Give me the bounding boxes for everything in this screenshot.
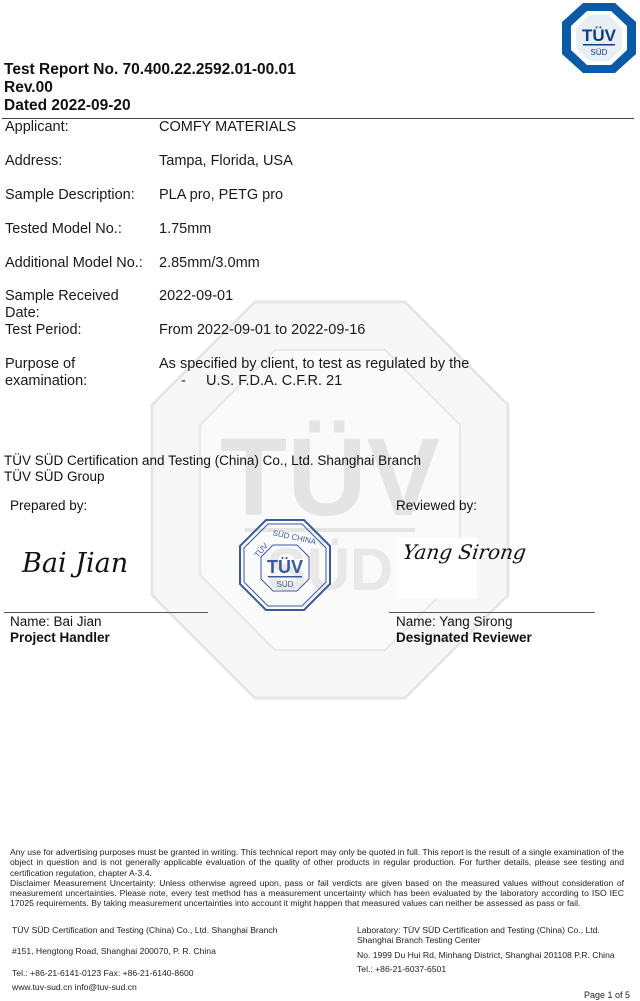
- test-period-label: Test Period:: [5, 322, 82, 339]
- sample-received-value: 2022-09-01: [159, 288, 233, 305]
- reviewer-signature-line: [389, 612, 595, 613]
- revision: Rev.00: [4, 79, 296, 97]
- svg-text:SÜD: SÜD: [277, 580, 294, 589]
- uncertainty-disclaimer: Disclaimer Measurement Uncertainty: Unle…: [10, 878, 624, 909]
- footer-lab: Laboratory: TÜV SÜD Certification and Te…: [357, 925, 622, 946]
- applicant-value: COMFY MATERIALS: [159, 119, 296, 136]
- sample-description-value: PLA pro, PETG pro: [159, 187, 283, 204]
- reviewer-role: Designated Reviewer: [396, 630, 532, 646]
- tuv-sud-logo-icon: TÜV SÜD: [561, 2, 637, 74]
- footer-disclaimer: Any use for advertising purposes must be…: [10, 847, 624, 909]
- report-header: Test Report No. 70.400.22.2592.01-00.01 …: [4, 61, 296, 115]
- test-period-value: From 2022-09-01 to 2022-09-16: [159, 322, 365, 339]
- header-divider: [2, 118, 634, 119]
- tuv-sud-china-stamp-icon: TÜV SÜD CHINA TÜV SÜD: [238, 518, 332, 612]
- footer-web: www.tuv-sud.cn info@tuv-sud.cn: [12, 982, 312, 992]
- footer-left: TÜV SÜD Certification and Testing (China…: [12, 925, 312, 993]
- regulation: U.S. F.D.A. C.F.R. 21: [206, 373, 342, 389]
- reviewer-signature: Yang Sirong: [401, 540, 527, 564]
- report-date: Dated 2022-09-20: [4, 97, 296, 115]
- preparer-name: Name: Bai Jian: [10, 614, 110, 630]
- purpose-label: Purpose of examination:: [5, 356, 87, 389]
- footer-lab-address: No. 1999 Du Hui Rd, Minhang District, Sh…: [357, 950, 622, 960]
- svg-text:SÜD: SÜD: [591, 48, 608, 57]
- usage-disclaimer: Any use for advertising purposes must be…: [10, 847, 624, 878]
- purpose-value: As specified by client, to test as regul…: [159, 356, 469, 389]
- issuing-company: TÜV SÜD Certification and Testing (China…: [4, 453, 421, 485]
- tested-model-label: Tested Model No.:: [5, 221, 122, 238]
- tested-model-value: 1.75mm: [159, 221, 211, 238]
- reviewer-name: Name: Yang Sirong: [396, 614, 532, 630]
- footer-phone: Tel.: +86-21-6141-0123 Fax: +86-21-6140-…: [12, 968, 312, 978]
- preparer-signature: Bai Jian: [22, 548, 128, 579]
- footer-right: Laboratory: TÜV SÜD Certification and Te…: [357, 925, 622, 975]
- preparer-signature-line: [4, 612, 208, 613]
- prepared-by-label: Prepared by:: [10, 498, 87, 513]
- additional-model-label: Additional Model No.:: [5, 255, 143, 272]
- page-number: Page 1 of 5: [584, 990, 630, 1000]
- applicant-label: Applicant:: [5, 119, 69, 136]
- sample-received-label: Sample Received Date:: [5, 288, 119, 321]
- sample-description-label: Sample Description:: [5, 187, 135, 204]
- reviewed-by-label: Reviewed by:: [396, 498, 477, 513]
- footer-company: TÜV SÜD Certification and Testing (China…: [12, 925, 312, 935]
- report-number: Test Report No. 70.400.22.2592.01-00.01: [4, 61, 296, 79]
- svg-text:SÜD CHINA: SÜD CHINA: [272, 528, 318, 546]
- footer-address: #151, Hengtong Road, Shanghai 200070, P.…: [12, 946, 312, 956]
- address-value: Tampa, Florida, USA: [159, 153, 293, 170]
- preparer-role: Project Handler: [10, 630, 110, 646]
- footer-lab-phone: Tel.: +86-21-6037-6501: [357, 964, 622, 974]
- svg-text:TÜV: TÜV: [582, 26, 617, 45]
- svg-text:TÜV: TÜV: [267, 557, 303, 577]
- additional-model-value: 2.85mm/3.0mm: [159, 255, 260, 272]
- address-label: Address:: [5, 153, 62, 170]
- reviewer-info: Name: Yang Sirong Designated Reviewer: [396, 614, 532, 646]
- preparer-info: Name: Bai Jian Project Handler: [10, 614, 110, 646]
